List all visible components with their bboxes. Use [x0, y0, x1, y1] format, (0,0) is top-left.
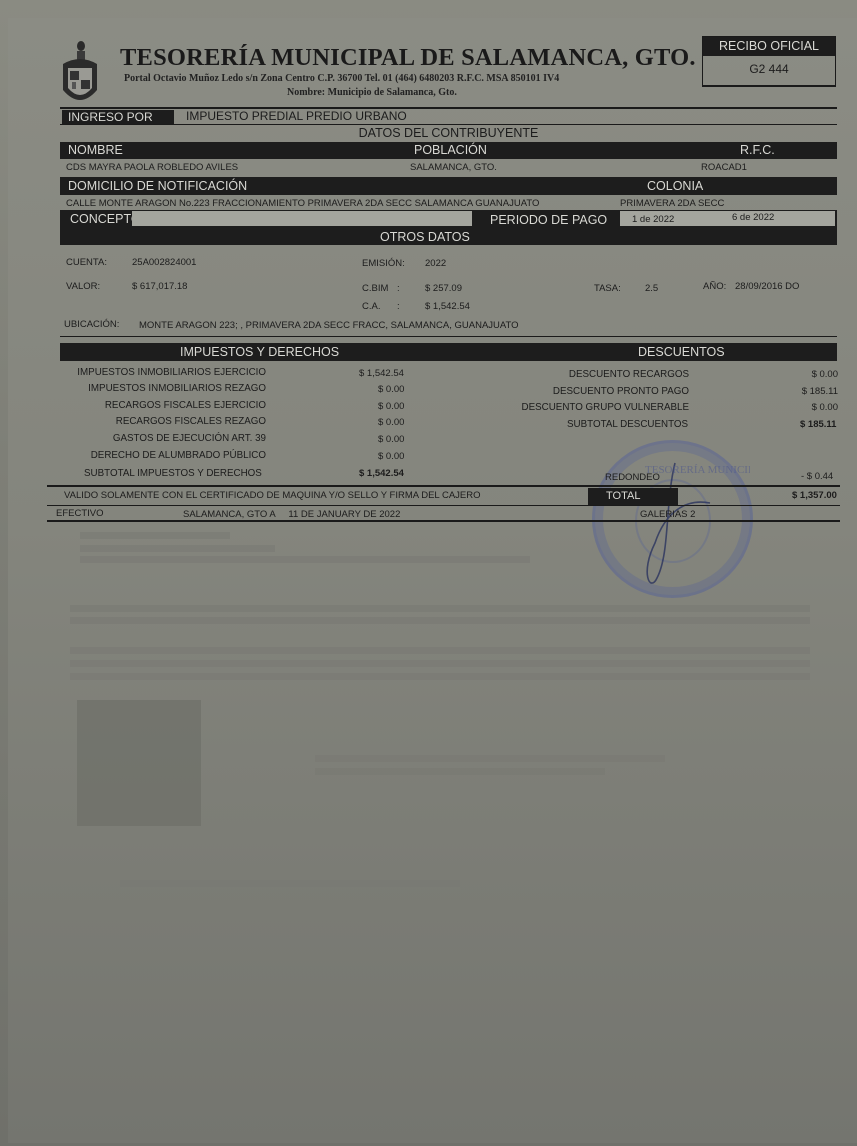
bleed-through-text: [120, 880, 460, 887]
divider: [47, 520, 840, 522]
bleed-through-text: [70, 673, 810, 680]
impuestos-descuentos-bar: IMPUESTOS Y DERECHOS DESCUENTOS: [60, 343, 837, 361]
impuesto-item-amount: $ 0.00: [378, 417, 404, 428]
place-date: SALAMANCA, GTO A 11 DE JANUARY DE 2022: [183, 509, 400, 520]
redondeo-label: REDONDEO: [605, 472, 660, 483]
descuento-item-label: DESCUENTO PRONTO PAGO: [553, 386, 689, 397]
divider: [47, 485, 840, 487]
divider: [60, 107, 837, 109]
issuer-address: Portal Octavio Muñoz Ledo s/n Zona Centr…: [124, 73, 559, 84]
ingreso-value: IMPUESTO PREDIAL PREDIO URBANO: [186, 109, 407, 123]
anio-label: AÑO:: [703, 281, 726, 292]
emision-value: 2022: [425, 258, 446, 269]
domicilio-header: DOMICILIO DE NOTIFICACIÓN: [68, 179, 247, 193]
poblacion-value: SALAMANCA, GTO.: [410, 162, 497, 173]
bleed-through-text: [80, 556, 530, 563]
descuento-item-amount: $ 185.11: [802, 386, 838, 397]
impuestos-title: IMPUESTOS Y DERECHOS: [180, 345, 339, 359]
poblacion-header: POBLACIÓN: [414, 143, 487, 157]
total-value: $ 1,357.00: [792, 490, 837, 501]
periodo-field: 1 de 2022 6 de 2022: [620, 211, 835, 226]
colonia-header: COLONIA: [647, 179, 703, 193]
colon-separator: :: [397, 283, 400, 294]
rfc-value: ROACAD1: [701, 162, 747, 173]
nombre-header: NOMBRE: [68, 143, 123, 157]
bleed-through-text: [315, 755, 665, 762]
validity-note: VALIDO SOLAMENTE CON EL CERTIFICADO DE M…: [64, 490, 481, 501]
bleed-through-text: [70, 605, 810, 612]
concepto-label: CONCEPTO: [70, 212, 141, 226]
divider: [60, 336, 837, 337]
payment-method: EFECTIVO: [56, 508, 104, 519]
descuento-item-label: DESCUENTO RECARGOS: [569, 369, 689, 380]
impuesto-item-label: RECARGOS FISCALES EJERCICIO: [105, 400, 266, 411]
receipt-label: RECIBO OFICIAL: [703, 37, 835, 56]
valor-value: $ 617,017.18: [132, 281, 187, 292]
impuesto-item-amount: $ 0.00: [378, 384, 404, 395]
bleed-through-text: [80, 532, 230, 539]
ca-value: $ 1,542.54: [425, 301, 470, 312]
contribuyente-title: DATOS DEL CONTRIBUYENTE: [60, 126, 837, 140]
colon-separator: :: [397, 301, 400, 312]
descuentos-title: DESCUENTOS: [638, 345, 725, 359]
descuento-item-label: DESCUENTO GRUPO VULNERABLE: [522, 402, 690, 413]
impuesto-item-label: GASTOS DE EJECUCIÓN ART. 39: [113, 433, 266, 444]
ubicacion-value: MONTE ARAGON 223; , PRIMAVERA 2DA SECC F…: [139, 320, 519, 331]
cashier: GALERIAS 2: [640, 509, 695, 520]
bleed-through-text: [315, 768, 605, 775]
ubicacion-label: UBICACIÓN:: [64, 319, 119, 330]
subtotal-descuentos-label: SUBTOTAL DESCUENTOS: [567, 419, 688, 430]
bleed-through-text: [70, 647, 810, 654]
bleed-through-text: [70, 660, 810, 667]
divider: [47, 505, 840, 506]
impuesto-item-amount: $ 1,542.54: [359, 368, 404, 379]
divider: [60, 124, 837, 125]
cbim-label: C.BIM: [362, 283, 388, 294]
impuesto-item-label: IMPUESTOS INMOBILIARIOS EJERCICIO: [77, 367, 266, 378]
cuenta-value: 25A002824001: [132, 257, 196, 268]
bleed-through-text: [80, 545, 275, 552]
nombre-value: CDS MAYRA PAOLA ROBLEDO AVILES: [66, 162, 238, 173]
impuesto-item-label: RECARGOS FISCALES REZAGO: [116, 416, 266, 427]
impuesto-item-amount: $ 0.00: [378, 451, 404, 462]
rfc-header: R.F.C.: [740, 143, 775, 157]
receipt-number-box: RECIBO OFICIAL G2 444: [702, 36, 836, 87]
descuento-item-amount: $ 0.00: [812, 402, 838, 413]
redondeo-value: - $ 0.44: [801, 471, 833, 482]
concepto-field: [132, 211, 472, 226]
periodo-hasta: 6 de 2022: [732, 212, 774, 223]
cbim-value: $ 257.09: [425, 283, 462, 294]
domicilio-value: CALLE MONTE ARAGON No.223 FRACCIONAMIENT…: [66, 198, 539, 209]
subtotal-impuestos-value: $ 1,542.54: [359, 468, 404, 479]
domicilio-header-bar: DOMICILIO DE NOTIFICACIÓN COLONIA: [60, 177, 837, 195]
emision-label: EMISIÓN:: [362, 258, 405, 269]
issuer-name: Nombre: Municipio de Salamanca, Gto.: [287, 87, 457, 98]
anio-value: 28/09/2016 DO: [735, 281, 799, 292]
ca-label: C.A.: [362, 301, 380, 312]
tasa-label: TASA:: [594, 283, 621, 294]
bleed-through-qr-code: [77, 700, 201, 826]
impuesto-item-label: DERECHO DE ALUMBRADO PÚBLICO: [91, 450, 266, 461]
receipt-number: G2 444: [703, 56, 835, 82]
ingreso-label: INGRESO POR: [62, 110, 174, 124]
periodo-desde: 1 de 2022: [632, 214, 674, 225]
contribuyente-header-bar: NOMBRE POBLACIÓN R.F.C.: [60, 142, 837, 159]
tasa-value: 2.5: [645, 283, 658, 294]
municipal-crest-icon: [60, 40, 100, 114]
periodo-label: PERIODO DE PAGO: [490, 213, 607, 227]
bleed-through-text: [70, 617, 810, 624]
valor-label: VALOR:: [66, 281, 100, 292]
subtotal-descuentos-value: $ 185.11: [800, 419, 836, 430]
impuesto-item-label: IMPUESTOS INMOBILIARIOS REZAGO: [88, 383, 266, 394]
descuento-item-amount: $ 0.00: [812, 369, 838, 380]
otros-datos-title: OTROS DATOS: [380, 230, 470, 244]
subtotal-impuestos-label: SUBTOTAL IMPUESTOS Y DERECHOS: [84, 468, 262, 479]
impuesto-item-amount: $ 0.00: [378, 401, 404, 412]
colonia-value: PRIMAVERA 2DA SECC: [620, 198, 724, 209]
cuenta-label: CUENTA:: [66, 257, 107, 268]
issuer-title: TESORERÍA MUNICIPAL DE SALAMANCA, GTO.: [120, 44, 696, 72]
impuesto-item-amount: $ 0.00: [378, 434, 404, 445]
total-label: TOTAL: [588, 488, 678, 505]
